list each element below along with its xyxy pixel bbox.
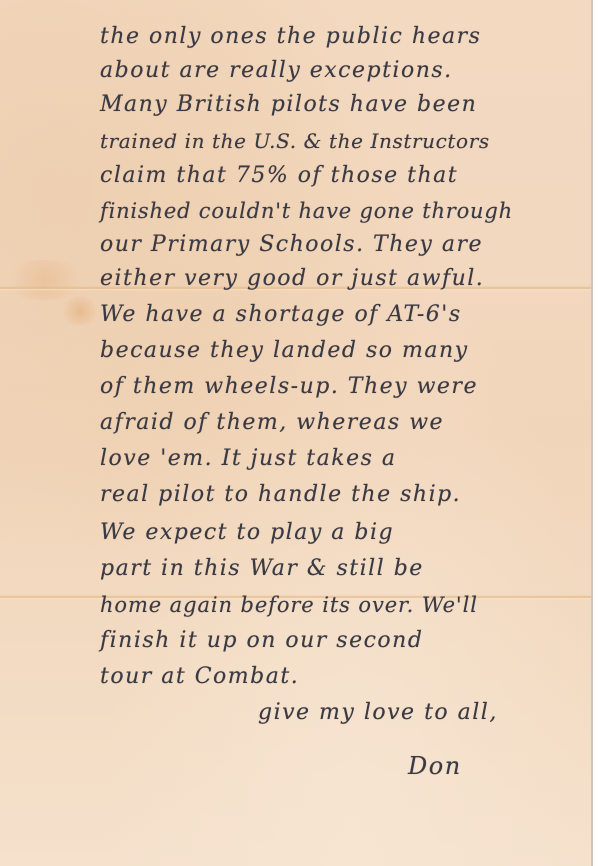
letter-line: love 'em. It just takes a — [100, 446, 396, 476]
letter-line: about are really exceptions. — [100, 58, 453, 88]
letter-line: We have a shortage of AT-6's — [100, 302, 462, 332]
letter-line: home again before its over. We'll — [100, 592, 478, 622]
letter-line: afraid of them, whereas we — [100, 410, 444, 440]
letter-line: claim that 75% of those that — [100, 163, 458, 193]
letter-line: our Primary Schools. They are — [100, 232, 483, 262]
letter-line: part in this War & still be — [100, 556, 424, 586]
letter-line: We expect to play a big — [100, 520, 394, 550]
letter-line: real pilot to handle the ship. — [100, 482, 461, 512]
letter-line: tour at Combat. — [100, 664, 299, 694]
letter-line: because they landed so many — [100, 338, 469, 368]
letter-line: trained in the U.S. & the Instructors — [100, 128, 490, 158]
letter-line: finish it up on our second — [100, 628, 423, 658]
letter-line: of them wheels-up. They were — [100, 374, 478, 404]
letter-closing: give my love to all, — [258, 700, 498, 725]
letter-signature: Don — [408, 752, 462, 780]
letter-line: the only ones the public hears — [100, 24, 481, 54]
letter-line: either very good or just awful. — [100, 266, 484, 296]
paper-stain — [0, 260, 90, 300]
letter-page: the only ones the public hears about are… — [0, 0, 593, 866]
paper-stain — [60, 296, 100, 326]
letter-line: Many British pilots have been — [100, 92, 477, 122]
letter-line: finished couldn't have gone through — [100, 198, 513, 228]
